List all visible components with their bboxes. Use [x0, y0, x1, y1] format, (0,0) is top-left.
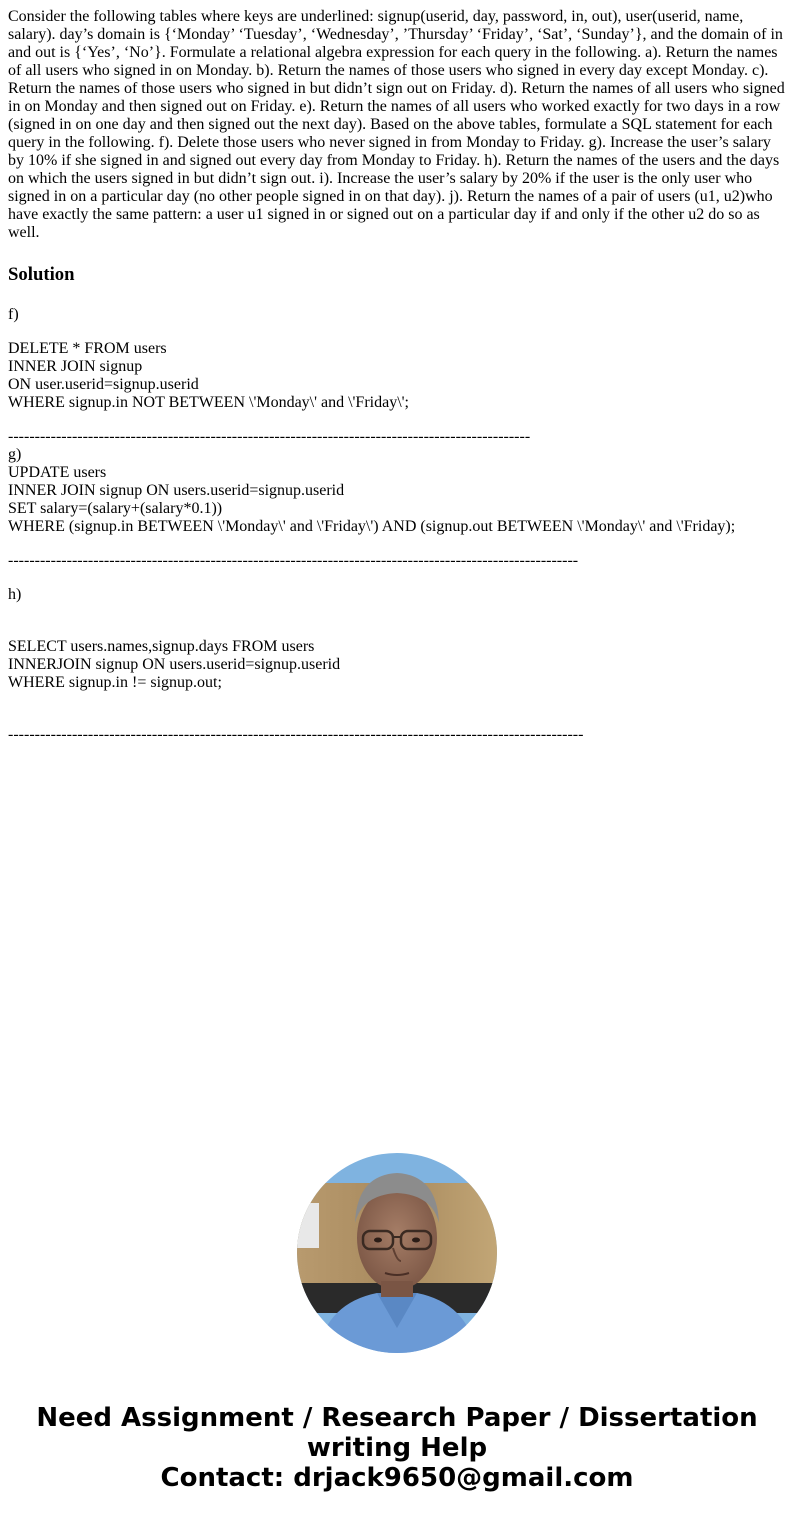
answer-f-code: DELETE * FROM users INNER JOIN signup ON… [8, 340, 786, 412]
separator: ----------------------------------------… [8, 428, 786, 446]
code-line: INNERJOIN signup ON users.userid=signup.… [8, 656, 786, 674]
author-avatar [297, 1153, 497, 1353]
code-line: WHERE (signup.in BETWEEN \'Monday\' and … [8, 518, 786, 536]
document-body: Consider the following tables where keys… [0, 0, 794, 744]
banner-line-1: Need Assignment / Research Paper / Disse… [0, 1403, 794, 1433]
answer-g-block: ----------------------------------------… [8, 428, 786, 536]
code-line: SELECT users.names,signup.days FROM user… [8, 638, 786, 656]
code-line: WHERE signup.in != signup.out; [8, 674, 786, 692]
portrait-image [297, 1153, 497, 1353]
banner-contact-email: Contact: drjack9650@gmail.com [0, 1463, 794, 1493]
code-line: INNER JOIN signup ON users.userid=signup… [8, 482, 786, 500]
code-line: WHERE signup.in NOT BETWEEN \'Monday\' a… [8, 394, 786, 412]
answer-f-label: f) [8, 306, 786, 324]
code-line: DELETE * FROM users [8, 340, 786, 358]
separator: ----------------------------------------… [8, 726, 786, 744]
answer-h-label: h) [8, 586, 786, 604]
solution-heading: Solution [8, 264, 786, 286]
code-line: UPDATE users [8, 464, 786, 482]
code-line: SET salary=(salary+(salary*0.1)) [8, 500, 786, 518]
answer-g-label: g) [8, 446, 786, 464]
question-text: Consider the following tables where keys… [8, 8, 786, 242]
separator: ----------------------------------------… [8, 552, 786, 570]
contact-banner: Need Assignment / Research Paper / Disse… [0, 1403, 794, 1493]
banner-line-2: writing Help [0, 1433, 794, 1463]
answer-h-code: SELECT users.names,signup.days FROM user… [8, 638, 786, 692]
code-line: INNER JOIN signup [8, 358, 786, 376]
code-line: ON user.userid=signup.userid [8, 376, 786, 394]
